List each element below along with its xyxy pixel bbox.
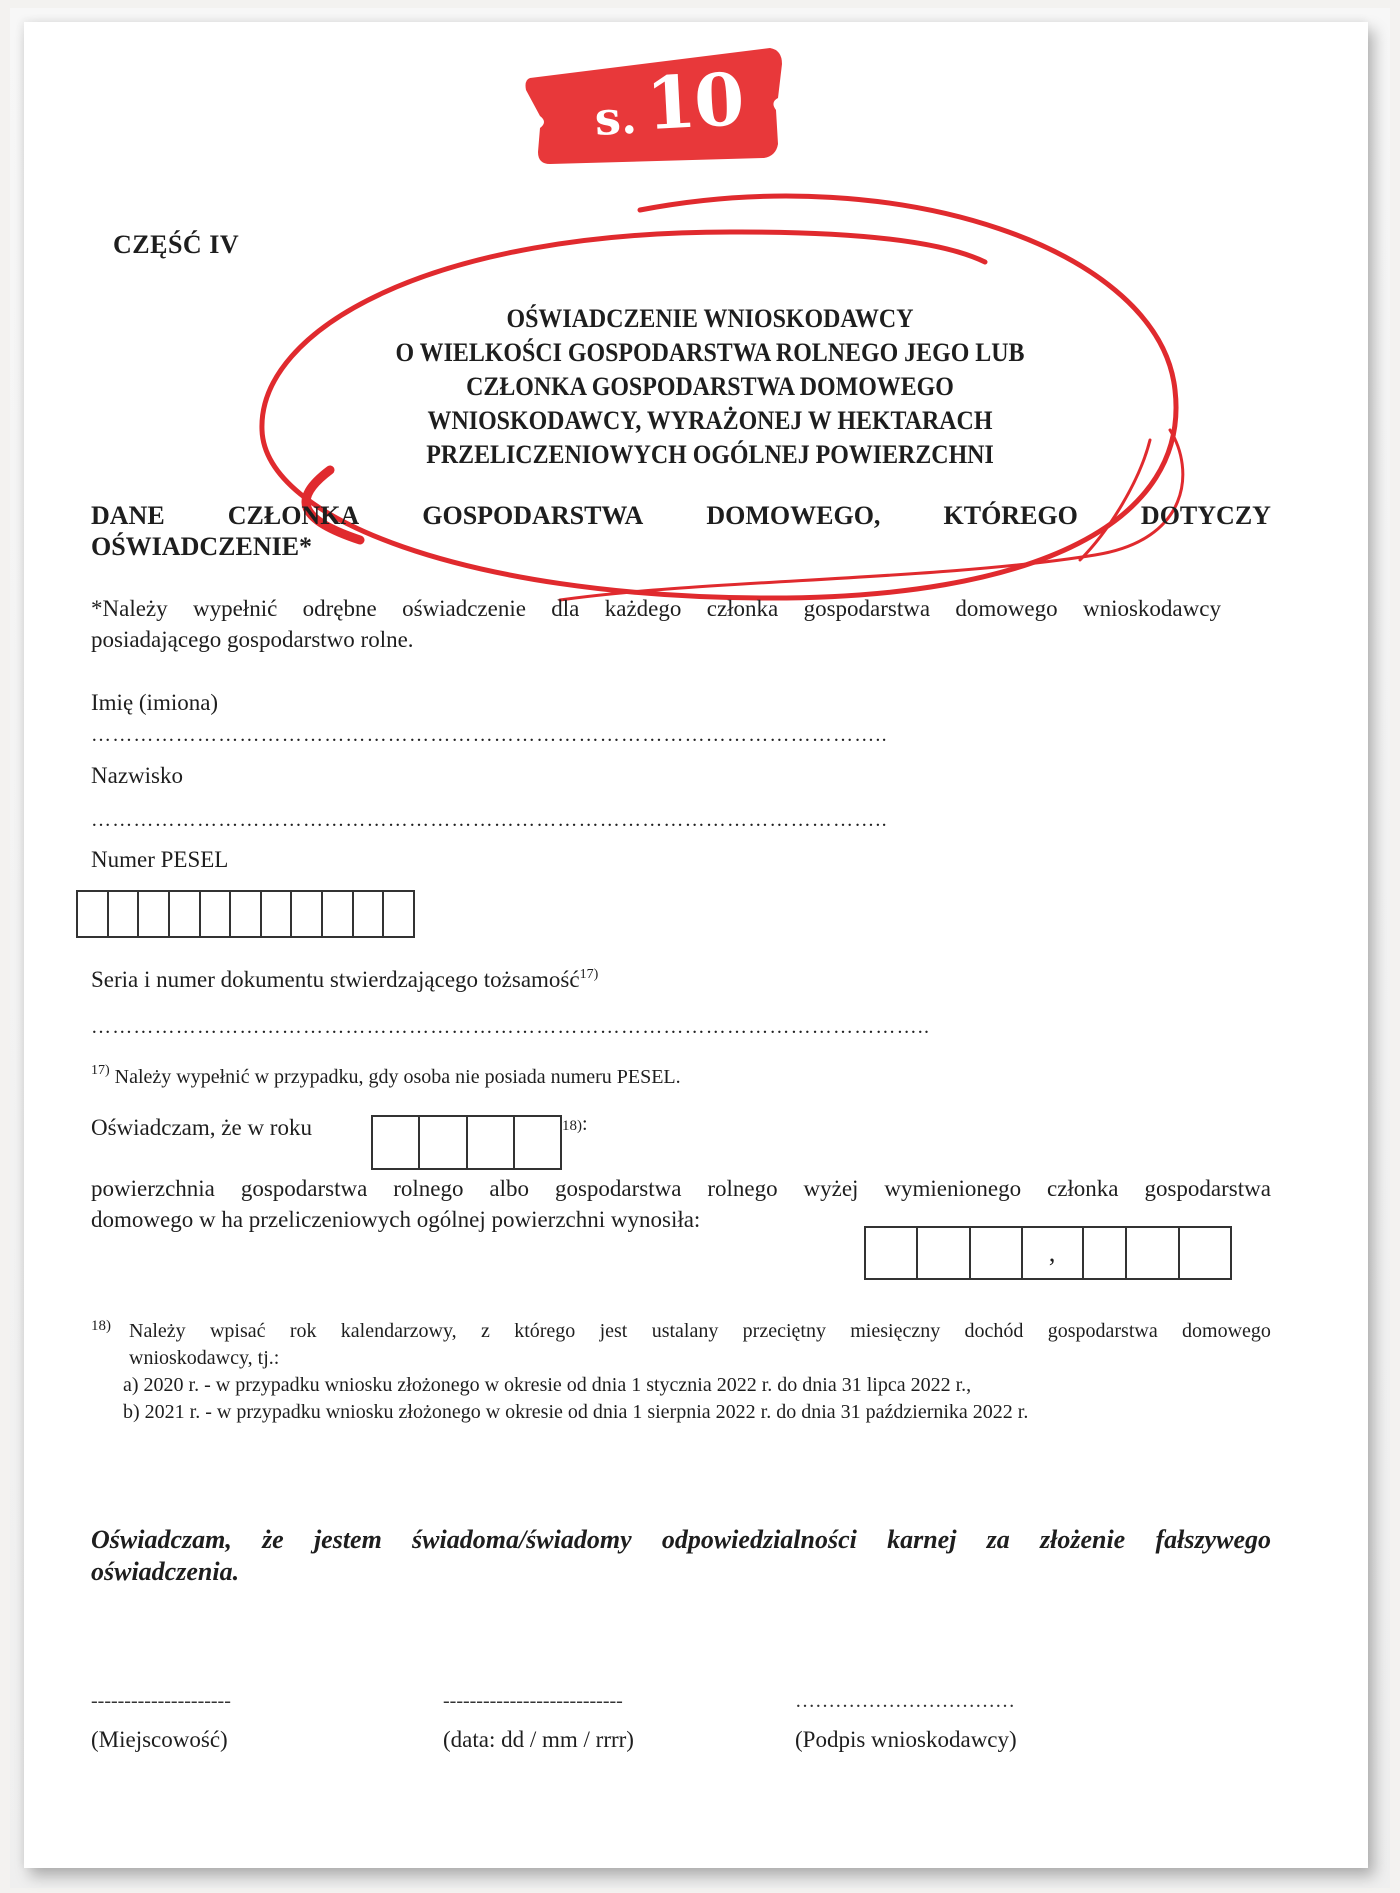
pesel-digit-cell[interactable]	[139, 892, 170, 936]
pesel-digit-cell[interactable]	[78, 892, 109, 936]
word: przeciętny	[743, 1318, 826, 1345]
word: wnioskodawcy	[1083, 593, 1221, 624]
word: złożenie	[1040, 1524, 1125, 1556]
pesel-label: Numer PESEL	[91, 847, 228, 873]
footnote-18-text: Należywpisaćrokkalendarzowy,zktóregojest…	[129, 1318, 1271, 1426]
pesel-digit-cell[interactable]	[170, 892, 201, 936]
area-input-grid[interactable]: ,	[864, 1226, 1232, 1280]
red-circle-annotation	[0, 0, 1400, 1893]
id-document-field[interactable]: ……………………………………………………………………………………………………….…	[91, 1016, 1201, 1039]
word: jestem	[314, 1524, 382, 1556]
place-field[interactable]: ---------------------	[91, 1690, 231, 1713]
footnote-item: a) 2020 r. - w przypadku wniosku złożone…	[123, 1372, 1271, 1399]
pesel-input-grid[interactable]	[76, 890, 415, 938]
pesel-digit-cell[interactable]	[231, 892, 262, 936]
word: z	[481, 1318, 490, 1345]
year-digit-cell[interactable]	[373, 1117, 420, 1168]
title-line: WNIOSKODAWCY, WYRAŻONEJ W HEKTARACH	[360, 404, 1059, 438]
word: oświadczenie	[402, 593, 526, 624]
word: każdego	[605, 593, 682, 624]
word: odrębne	[303, 593, 377, 624]
word: fałszywego	[1155, 1524, 1271, 1556]
footnote-mark: 18)	[91, 1318, 111, 1335]
declaration-line: oświadczenia.	[91, 1556, 1271, 1588]
word: gospodarstwa	[1048, 1318, 1158, 1345]
area-digit-cell[interactable]	[866, 1228, 918, 1278]
year-input-grid[interactable]	[371, 1115, 562, 1170]
place-signature-block: --------------------- (Miejscowość)	[91, 1690, 231, 1753]
form-title: OŚWIADCZENIE WNIOSKODAWCY O WIELKOŚCI GO…	[360, 302, 1059, 472]
word: członka	[707, 593, 779, 624]
area-digit-cell[interactable]	[1084, 1228, 1128, 1278]
word: miesięczny	[850, 1318, 940, 1345]
word: dla	[551, 593, 579, 624]
word: odpowiedzialności	[662, 1524, 857, 1556]
word: wyżej	[804, 1173, 859, 1204]
word: DOTYCZY	[1141, 500, 1271, 531]
word: jest	[600, 1318, 628, 1345]
pesel-digit-cell[interactable]	[384, 892, 413, 936]
word: wypełnić	[193, 593, 277, 624]
word: gospodarstwa	[555, 1173, 681, 1204]
word: albo	[489, 1173, 529, 1204]
member-data-heading: DANECZŁONKAGOSPODARSTWADOMOWEGO,KTÓREGOD…	[91, 500, 1271, 562]
area-digit-cell[interactable]	[1180, 1228, 1230, 1278]
year-digit-cell[interactable]	[420, 1117, 467, 1168]
word: KTÓREGO	[944, 500, 1078, 531]
declaration-line: Oświadczam,żejestemświadoma/świadomyodpo…	[91, 1524, 1271, 1556]
footnote-line: wnioskodawcy, tj.:	[129, 1345, 1271, 1372]
area-digit-cell[interactable]: ,	[1023, 1228, 1084, 1278]
word: kalendarzowy,	[341, 1318, 457, 1345]
word: GOSPODARSTWA	[422, 500, 643, 531]
word: gospodarstwa	[241, 1173, 367, 1204]
word: CZŁONKA	[228, 500, 359, 531]
word: *Należy	[91, 593, 168, 624]
word: świadoma/świadomy	[412, 1524, 632, 1556]
word: że	[262, 1524, 284, 1556]
area-digit-cell[interactable]	[971, 1228, 1023, 1278]
word: powierzchnia	[91, 1173, 215, 1204]
footnote-line: Należywpisaćrokkalendarzowy,zktóregojest…	[129, 1318, 1271, 1345]
pesel-digit-cell[interactable]	[109, 892, 140, 936]
pesel-digit-cell[interactable]	[323, 892, 354, 936]
applicant-signature-block: …………………………… (Podpis wnioskodawcy)	[795, 1690, 1017, 1753]
word: dochód	[965, 1318, 1024, 1345]
footnote-item: b) 2021 r. - w przypadku wniosku złożone…	[123, 1399, 1271, 1426]
word: Należy	[129, 1318, 186, 1345]
word: DOMOWEGO,	[706, 500, 880, 531]
footnote-17: 17) Należy wypełnić w przypadku, gdy oso…	[91, 1058, 681, 1090]
title-line: O WIELKOŚCI GOSPODARSTWA ROLNEGO JEGO LU…	[360, 336, 1059, 370]
word: domowego	[955, 593, 1057, 624]
word: Oświadczam,	[91, 1524, 232, 1556]
pesel-digit-cell[interactable]	[354, 892, 385, 936]
title-line: CZŁONKA GOSPODARSTWA DOMOWEGO	[360, 370, 1059, 404]
word: wymienionego	[884, 1173, 1021, 1204]
pesel-digit-cell[interactable]	[201, 892, 232, 936]
word: za	[987, 1524, 1010, 1556]
year-digit-cell[interactable]	[515, 1117, 560, 1168]
page-badge: s. 10	[520, 40, 790, 170]
title-line: OŚWIADCZENIE WNIOSKODAWCY	[360, 302, 1059, 336]
last-name-label: Nazwisko	[91, 763, 183, 789]
badge-label: s. 10	[566, 51, 770, 151]
word: domowego	[1182, 1318, 1271, 1345]
footnote-ref: 17)	[580, 967, 599, 982]
note-line: *Należywypełnićodrębneoświadczeniedlakaż…	[91, 593, 1221, 624]
id-document-label: Seria i numer dokumentu stwierdzającego …	[91, 967, 598, 993]
first-name-field[interactable]: …………………………………………………………………………………………………..	[91, 724, 1101, 747]
criminal-liability-declaration: Oświadczam,żejestemświadoma/świadomyodpo…	[91, 1524, 1271, 1588]
year-footnote-ref: 18):	[562, 1113, 588, 1136]
footnote-mark: 17)	[91, 1063, 110, 1078]
word: ustalany	[652, 1318, 719, 1345]
word: rolnego	[707, 1173, 777, 1204]
heading-line: OŚWIADCZENIE*	[91, 531, 1271, 562]
word: którego	[514, 1318, 575, 1345]
word: członka	[1047, 1173, 1119, 1204]
pesel-digit-cell[interactable]	[262, 892, 293, 936]
pesel-digit-cell[interactable]	[292, 892, 323, 936]
area-digit-cell[interactable]	[918, 1228, 970, 1278]
word: karnej	[887, 1524, 956, 1556]
area-digit-cell[interactable]	[1127, 1228, 1179, 1278]
word: gospodarstwa	[804, 593, 930, 624]
note-line: posiadającego gospodarstwo rolne.	[91, 624, 1221, 655]
instruction-note: *Należywypełnićodrębneoświadczeniedlakaż…	[91, 593, 1221, 655]
year-statement-label: Oświadczam, że w roku	[91, 1115, 312, 1141]
word: rolnego	[393, 1173, 463, 1204]
date-caption: (data: dd / mm / rrrr)	[443, 1727, 634, 1753]
last-name-field[interactable]: …………………………………………………………………………………………………..	[91, 809, 1101, 832]
title-line: PRZELICZENIOWYCH OGÓLNEJ POWIERZCHNI	[360, 438, 1059, 472]
date-field[interactable]: ---------------------------	[443, 1690, 634, 1713]
word: wpisać	[210, 1318, 266, 1345]
word: gospodarstwa	[1144, 1173, 1270, 1204]
section-label: CZĘŚĆ IV	[113, 230, 239, 260]
year-digit-cell[interactable]	[468, 1117, 515, 1168]
date-signature-block: --------------------------- (data: dd / …	[443, 1690, 634, 1753]
first-name-label: Imię (imiona)	[91, 690, 218, 716]
word: rok	[290, 1318, 317, 1345]
heading-line: DANECZŁONKAGOSPODARSTWADOMOWEGO,KTÓREGOD…	[91, 500, 1271, 531]
area-statement-line: powierzchniagospodarstwarolnegoalbogospo…	[91, 1173, 1271, 1204]
signature-caption: (Podpis wnioskodawcy)	[795, 1727, 1017, 1753]
word: DANE	[91, 500, 165, 531]
signature-field[interactable]: ……………………………	[795, 1690, 1017, 1713]
place-caption: (Miejscowość)	[91, 1727, 231, 1753]
